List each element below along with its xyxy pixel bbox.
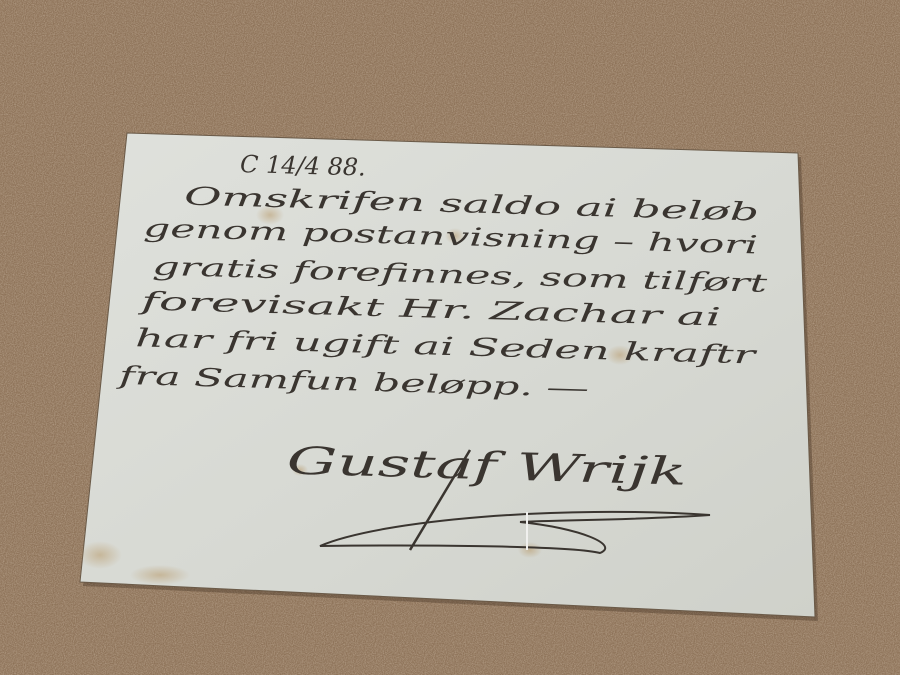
photo-scene: C 14/4 88. Omskrifen saldo ai beløb geno…	[0, 0, 900, 675]
postcard-date: C 14/4 88.	[240, 150, 366, 181]
stain	[78, 541, 122, 569]
